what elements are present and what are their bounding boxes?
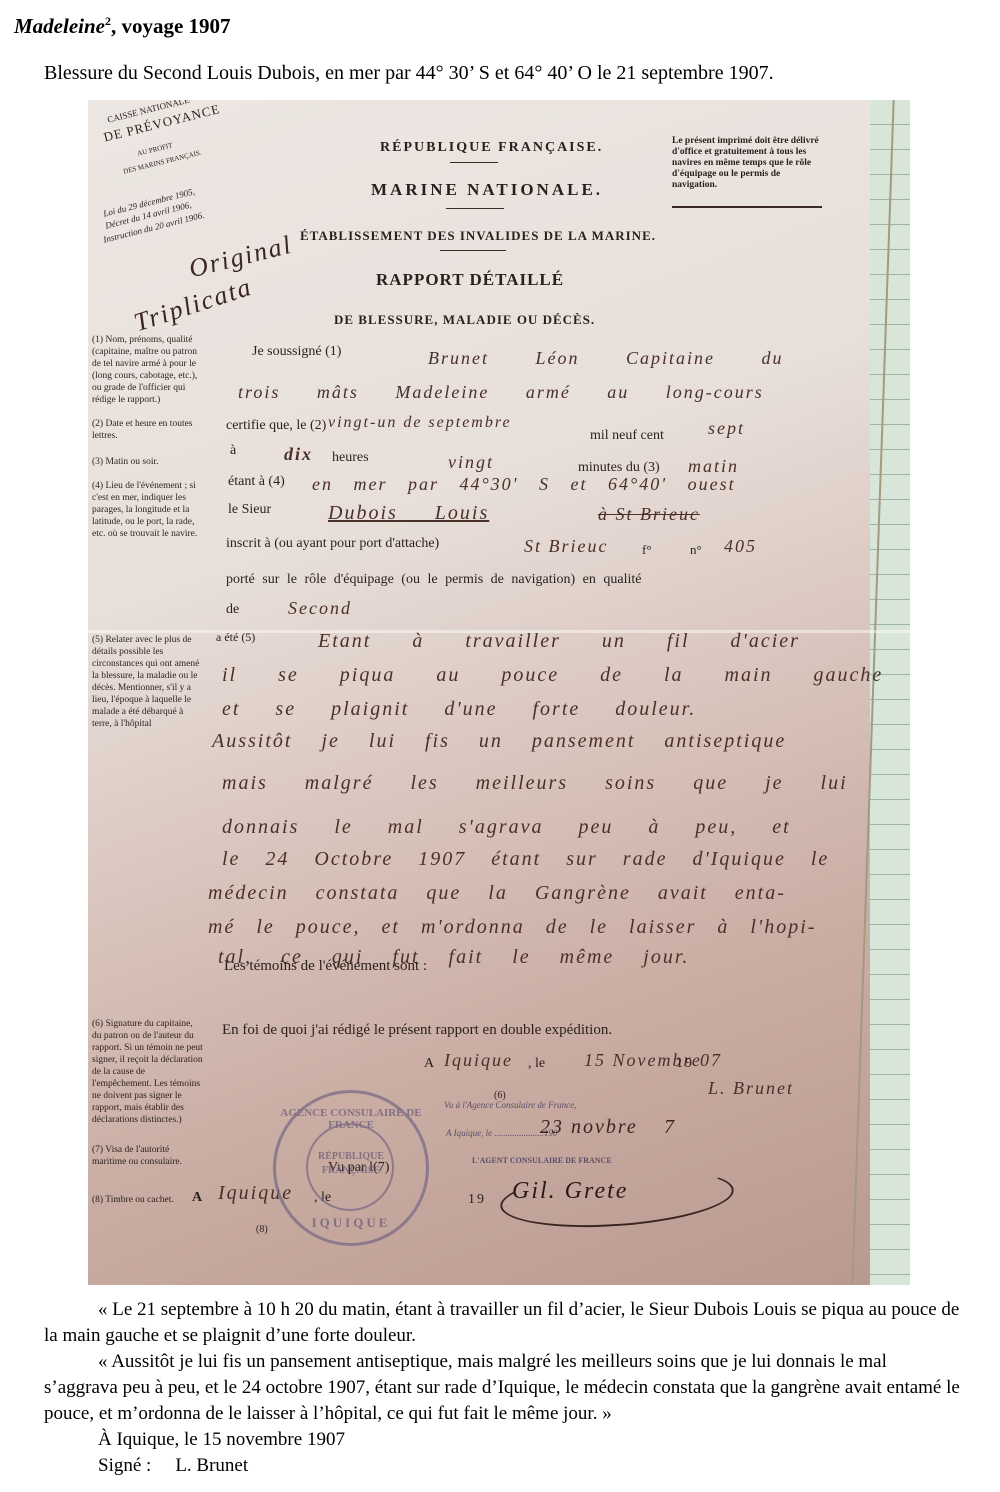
transcription-paragraph-1: « Le 21 septembre à 10 h 20 du matin, ét… xyxy=(44,1297,964,1349)
ledger-strip xyxy=(870,100,910,1285)
label-a-final: A xyxy=(192,1190,202,1206)
label-porte: porté sur le rôle d'équipage (ou le perm… xyxy=(226,572,641,588)
narrative-line: mé le pouce, et m'ordonna de le laisser … xyxy=(208,916,816,939)
label-heures: heures xyxy=(332,450,369,466)
header-republique: RÉPUBLIQUE FRANÇAISE. xyxy=(380,140,603,156)
hw-date: vingt-un de septembre xyxy=(328,414,512,432)
transcription: « Le 21 septembre à 10 h 20 du matin, ét… xyxy=(44,1297,964,1479)
side-note-8: (8) Timbre ou cachet. xyxy=(92,1194,204,1206)
stamp-center-2: FRANÇAISE xyxy=(276,1165,426,1176)
ref-8: (8) xyxy=(256,1224,268,1235)
header-objet: DE BLESSURE, MALADIE OU DÉCÈS. xyxy=(334,312,595,328)
label-numero: n° xyxy=(690,542,702,558)
hw-sieur-struck: à St Brieuc xyxy=(598,504,700,525)
label-de: de xyxy=(226,602,239,618)
transcription-signature: Signé :L. Brunet xyxy=(44,1453,964,1479)
side-note-2: (2) Date et heure en toutes lettres. xyxy=(92,418,204,442)
caption: Blessure du Second Louis Dubois, en mer … xyxy=(44,62,774,85)
hw-hour: dix xyxy=(284,444,313,465)
consular-stamp: AGENCE CONSULAIRE DE FRANCE RÉPUBLIQUE F… xyxy=(273,1090,429,1246)
narrative-line: le 24 Octobre 1907 étant sur rade d'Iqui… xyxy=(222,848,829,871)
label-sieur: le Sieur xyxy=(228,502,271,518)
hw-minute: vingt xyxy=(448,452,494,473)
hw-qualite: Second xyxy=(288,598,352,619)
hw-line-2: trois mâts Madeleine armé au long-cours xyxy=(238,382,764,403)
document-photo: CAISSE NATIONALE DE PRÉVOYANCE AU PROFIT… xyxy=(88,100,910,1285)
narrative-line: donnais le mal s'agrava peu à peu, et xyxy=(222,816,791,839)
consular-line-3: L'AGENT CONSULAIRE DE FRANCE xyxy=(472,1156,612,1165)
side-note-3: (3) Matin ou soir. xyxy=(92,456,204,468)
rule xyxy=(446,208,504,209)
label-a-ete: a été (5) xyxy=(216,630,255,645)
label-inscrit: inscrit à (ou ayant pour port d'attache) xyxy=(226,536,439,552)
narrative-line: il se piqua au pouce de la main gauche xyxy=(222,664,883,687)
hw-line-1: Brunet Léon Capitaine du xyxy=(428,348,784,369)
hw-signature: L. Brunet xyxy=(708,1078,794,1099)
hw-number: 405 xyxy=(724,536,757,557)
hw-visa-date: 23 novbre xyxy=(540,1116,638,1139)
label-year-final: 19 xyxy=(468,1192,486,1208)
header-rapport: RAPPORT DÉTAILLÉ xyxy=(376,270,564,290)
label-folio: f° xyxy=(642,542,652,558)
side-note-5: (5) Relater avec le plus de détails poss… xyxy=(92,634,204,730)
label-en-foi: En foi de quoi j'ai rédigé le présent ra… xyxy=(222,1022,612,1039)
side-note-1: (1) Nom, prénoms, qualité (capitaine, ma… xyxy=(92,334,204,406)
header-etablissement: ÉTABLISSEMENT DES INVALIDES DE LA MARINE… xyxy=(300,228,656,244)
hw-sieur: Dubois Louis xyxy=(328,502,489,525)
label-temoins: Les témoins de l'événement sont : xyxy=(224,958,427,975)
signature-flourish xyxy=(498,1162,735,1234)
label-year-prefix: 19 xyxy=(676,1056,694,1072)
narrative-line: médecin constata que la Gangrène avait e… xyxy=(208,882,786,905)
narrative-line: Aussitôt je lui fis un pansement antisep… xyxy=(212,730,786,753)
narrative-line: et se plaignit d'une forte douleur. xyxy=(222,698,696,721)
side-note-7: (7) Visa de l'autorité maritime ou consu… xyxy=(92,1144,204,1168)
page-title: Madeleine2, voyage 1907 xyxy=(14,14,231,39)
hw-port: St Brieuc xyxy=(524,536,608,557)
label-soussigne: Je soussigné (1) xyxy=(252,344,341,360)
narrative-line: Etant à travailler un fil d'acier xyxy=(318,630,800,653)
narrative-line: mais malgré les meilleurs soins que je l… xyxy=(222,772,848,795)
stamp-bottom-text: IQUIQUE xyxy=(276,1215,426,1231)
label-le: , le xyxy=(528,1056,545,1072)
hw-visa-year: 7 xyxy=(664,1116,676,1139)
side-note-4: (4) Lieu de l'événement ; si c'est en me… xyxy=(92,480,204,540)
notice-rule xyxy=(672,206,822,208)
rule xyxy=(450,162,498,163)
hw-sign-year: 07 xyxy=(700,1050,722,1071)
hw-year: sept xyxy=(708,418,745,439)
ship-name: Madeleine xyxy=(14,14,105,38)
title-rest: , voyage 1907 xyxy=(111,14,231,38)
label-etant: étant à (4) xyxy=(228,474,285,490)
label-a: à xyxy=(230,443,236,459)
signed-label: Signé : xyxy=(98,1455,151,1476)
transcription-place-date: À Iquique, le 15 novembre 1907 xyxy=(44,1427,964,1453)
notice-box: Le présent imprimé doit être délivré d'o… xyxy=(672,136,822,191)
side-note-6: (6) Signature du capitaine, du patron ou… xyxy=(92,1018,204,1126)
header-marine: MARINE NATIONALE. xyxy=(371,180,603,200)
transcription-paragraph-2: « Aussitôt je lui fis un pansement antis… xyxy=(44,1349,964,1427)
label-mil: mil neuf cent xyxy=(590,428,664,444)
hw-position: en mer par 44°30' S et 64°40' ouest xyxy=(312,474,736,495)
label-certifie: certifie que, le (2) xyxy=(226,418,326,434)
consular-line-1: Vu à l'Agence Consulaire de France, xyxy=(444,1100,576,1110)
stamp-outer-text: AGENCE CONSULAIRE DE FRANCE xyxy=(276,1107,426,1131)
stamp-center-1: RÉPUBLIQUE xyxy=(276,1151,426,1162)
label-a-place: A xyxy=(424,1056,434,1072)
rule xyxy=(440,250,506,251)
signed-name: L. Brunet xyxy=(175,1455,248,1476)
hw-place: Iquique xyxy=(444,1050,513,1071)
